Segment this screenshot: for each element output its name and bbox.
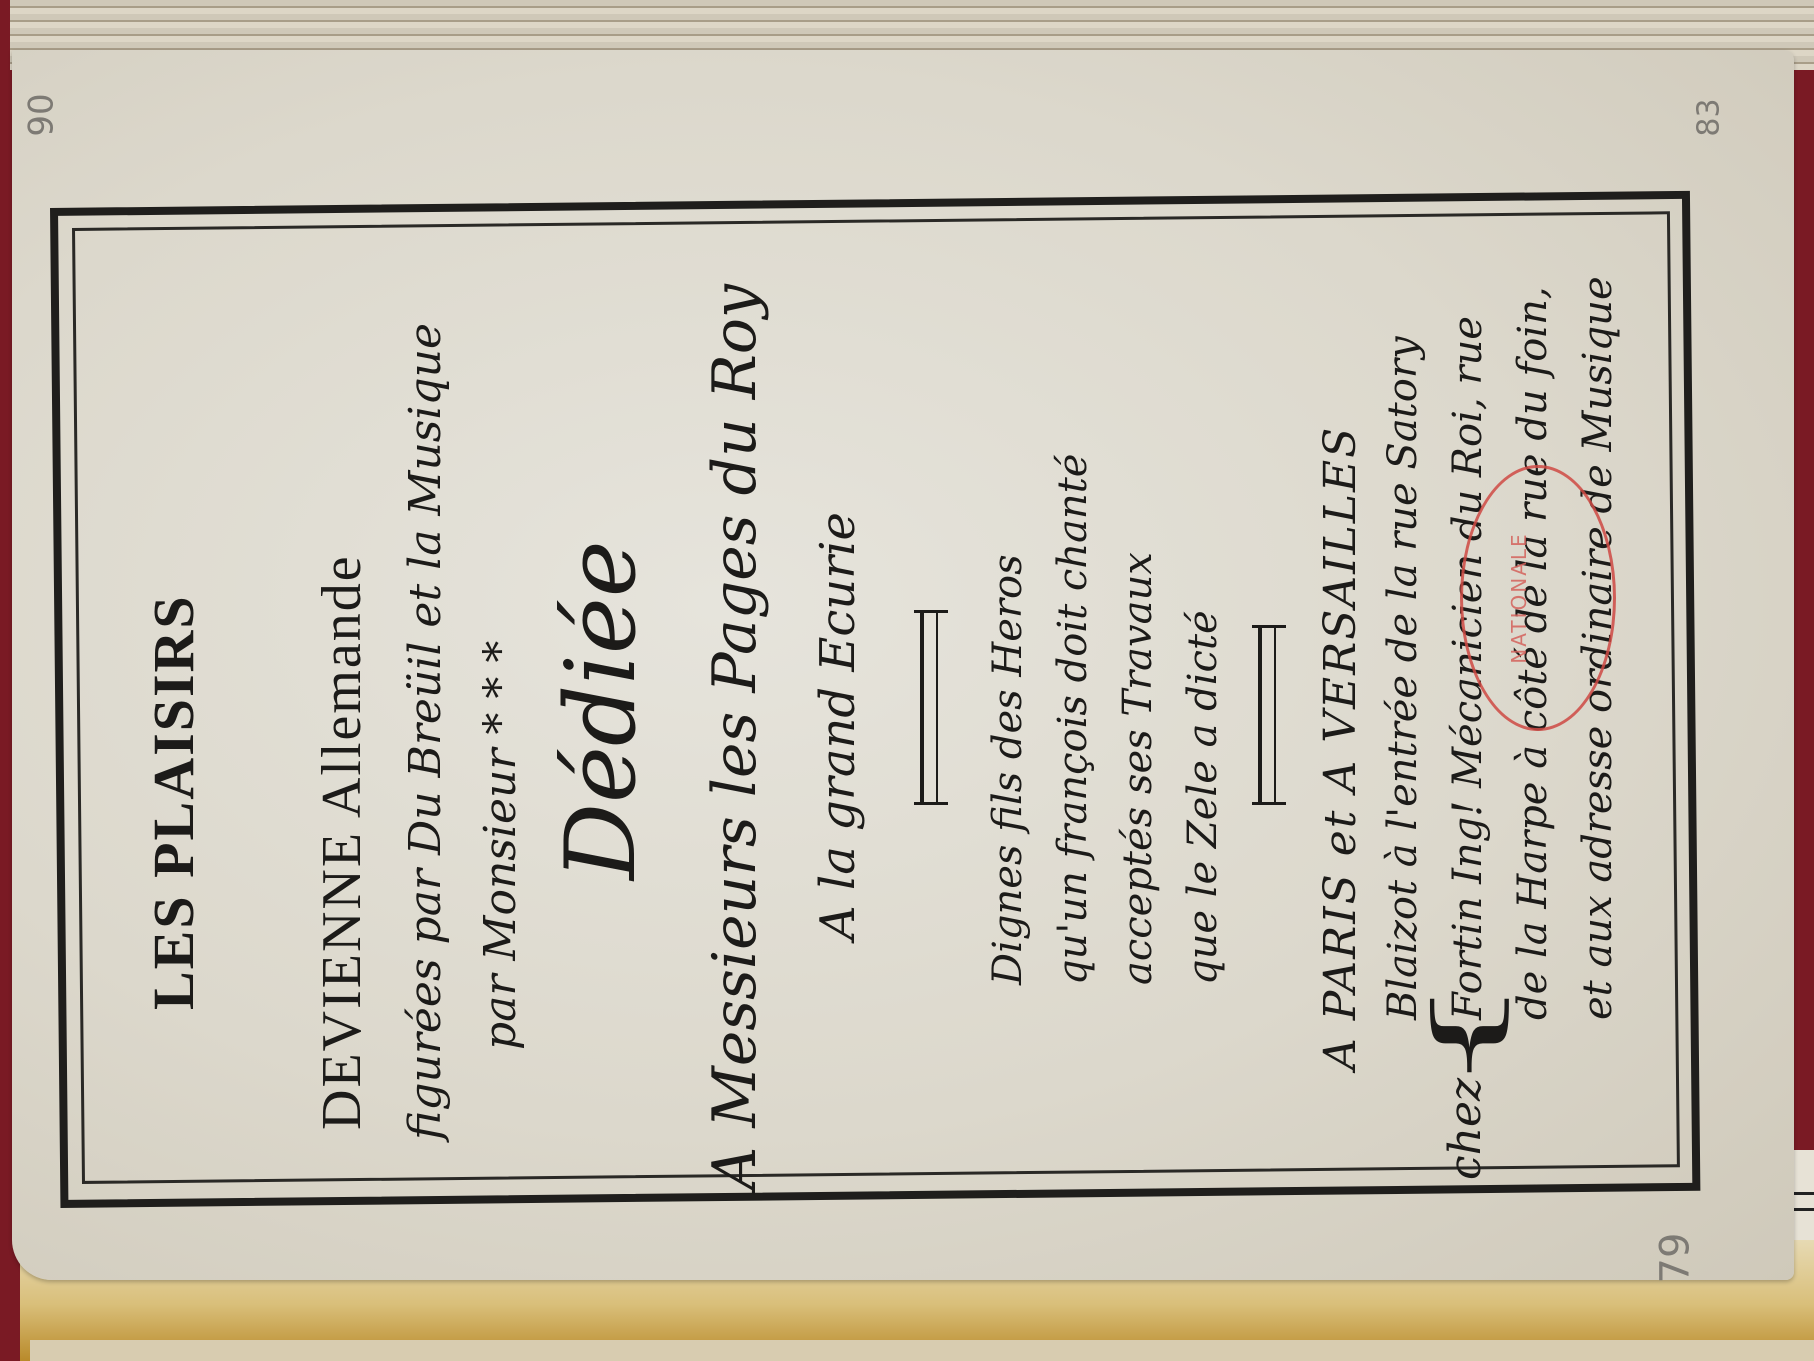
verse-line-1: Dignes fils des Heros: [985, 554, 1031, 985]
imprint-line-1: Blaizot à l'entrée de la rue Satory: [1380, 336, 1426, 1020]
lower-page-edge: [30, 1340, 1814, 1361]
pencil-mark-top-left: 90: [22, 93, 62, 136]
stamp-text: NATIONALE: [1507, 468, 1531, 728]
verse-line-2: qu'un françois doit chanté: [1050, 454, 1096, 985]
verse-line-4: que le Zele a dicté: [1180, 610, 1226, 985]
imprint-heading: A PARIS et A VERSAILLES: [1315, 426, 1366, 1070]
dedication-line-2: A la grand Ecurie: [810, 512, 866, 940]
dedication-word: Dédiée: [545, 540, 657, 880]
pencil-mark-bottom-right: 79: [1652, 1233, 1698, 1284]
pencil-mark-top-right: 83: [1692, 98, 1727, 136]
decorative-rule-2: [1258, 625, 1276, 805]
credit-line-2: par Monsieur * * *: [475, 641, 526, 1050]
title: LES PLAISIRS: [140, 594, 207, 1010]
dedication-line-1: A Messieurs les Pages du Roy: [700, 284, 770, 1190]
credit-line-1: figurées par Du Breüil et la Musique: [400, 323, 451, 1140]
library-stamp: NATIONALE: [1460, 465, 1616, 731]
subtitle: DEVIENNE Allemande: [310, 554, 374, 1130]
verse-line-3: acceptés ses Travaux: [1115, 552, 1161, 985]
decorative-rule-1: [920, 610, 938, 805]
